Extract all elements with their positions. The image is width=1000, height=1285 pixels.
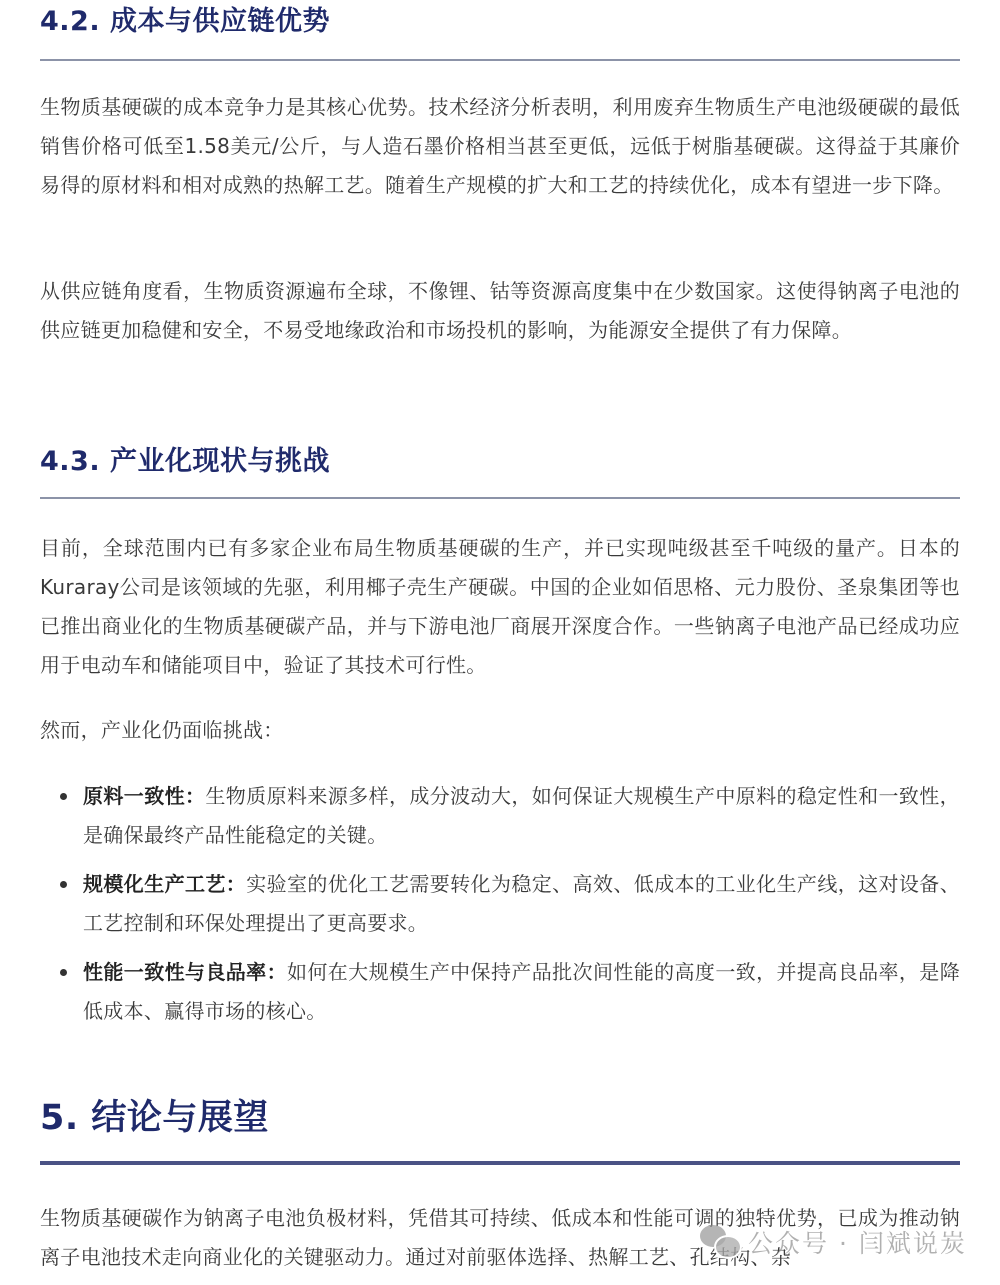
challenge-title: 规模化生产工艺： xyxy=(83,872,246,896)
list-item: 原料一致性：生物质原料来源多样，成分波动大，如何保证大规模生产中原料的稳定性和一… xyxy=(40,777,960,855)
paragraph-cost-advantage: 生物质基硬碳的成本竞争力是其核心优势。技术经济分析表明，利用废弃生物质生产电池级… xyxy=(40,88,960,205)
section-heading-4-2: 4.2. 成本与供应链优势 xyxy=(40,0,330,44)
paragraph-industrialization-status: 目前，全球范围内已有多家企业布局生物质基硬碳的生产，并已实现吨级甚至千吨级的量产… xyxy=(40,529,960,685)
list-item: 性能一致性与良品率：如何在大规模生产中保持产品批次间性能的高度一致，并提高良品率… xyxy=(40,953,960,1031)
heading-divider xyxy=(40,59,960,61)
section-heading-5: 5. 结论与展望 xyxy=(40,1090,269,1146)
bullet-icon xyxy=(60,881,67,888)
paragraph-conclusion: 生物质基硬碳作为钠离子电池负极材料，凭借其可持续、低成本和性能可调的独特优势，已… xyxy=(40,1199,960,1277)
paragraph-challenges-intro: 然而，产业化仍面临挑战： xyxy=(40,711,960,750)
challenge-text: 生物质原料来源多样，成分波动大，如何保证大规模生产中原料的稳定性和一致性，是确保… xyxy=(83,784,960,847)
challenge-title: 性能一致性与良品率： xyxy=(83,960,287,984)
bullet-icon xyxy=(60,969,67,976)
challenge-title: 原料一致性： xyxy=(83,784,205,808)
challenges-list: 原料一致性：生物质原料来源多样，成分波动大，如何保证大规模生产中原料的稳定性和一… xyxy=(40,777,960,1031)
bullet-icon xyxy=(60,793,67,800)
paragraph-supply-chain: 从供应链角度看，生物质资源遍布全球，不像锂、钴等资源高度集中在少数国家。这使得钠… xyxy=(40,272,960,350)
heading-divider xyxy=(40,497,960,499)
section-heading-4-3: 4.3. 产业化现状与挑战 xyxy=(40,440,330,484)
heading-divider xyxy=(40,1161,960,1165)
list-item: 规模化生产工艺：实验室的优化工艺需要转化为稳定、高效、低成本的工业化生产线，这对… xyxy=(40,865,960,943)
